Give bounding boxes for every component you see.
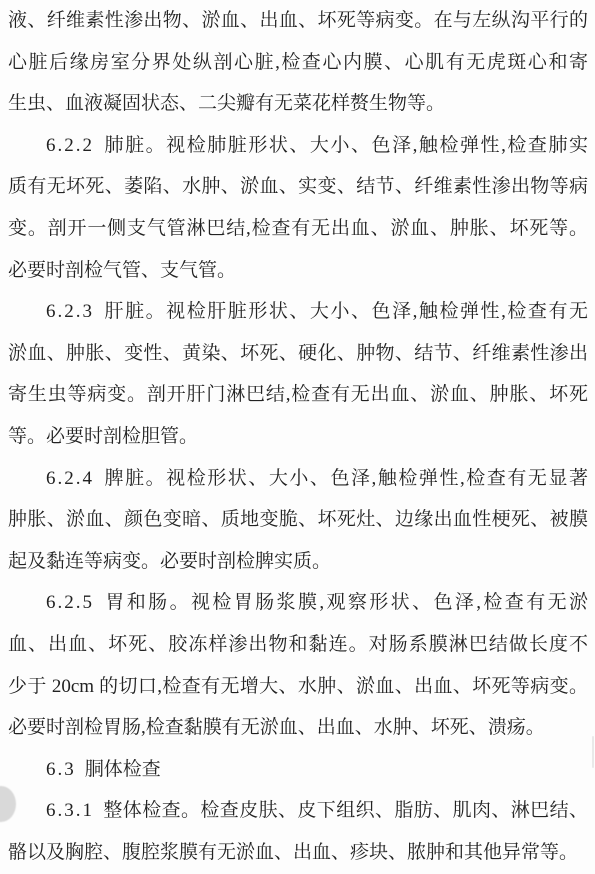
text-line: 寄生虫等病变。剖开肝门淋巴结,检查有无出血、淤血、肿胀、坏死 [8,374,588,416]
line-text: 胃和肠。视检胃肠浆膜,观察形状、色泽,检查有无淤 [103,592,588,613]
line-text: 必要时剖检气管、支气管。 [8,260,236,281]
document-page: 液、纤维素性渗出物、淤血、出血、坏死等病变。在与左纵沟平行的 心脏后缘房室分界处… [0,0,595,874]
text-line: 6.3.1整体检查。检查皮肤、皮下组织、脂肪、肌肉、淋巴结、骨 [8,790,588,832]
section-6-2-3: 6.2.3肝脏。视检肝脏形状、大小、色泽,触检弹性,检查有无 淤血、肿胀、变性、… [8,291,588,457]
section-6-2-2: 6.2.2肺脏。视检肺脏形状、大小、色泽,触检弹性,检查肺实 质有无坏死、萎陷、… [8,125,588,291]
line-text: 生虫、血液凝固状态、二尖瓣有无菜花样赘生物等。 [8,93,445,114]
section-number: 6.3 [46,759,76,780]
line-text: 起及黏连等病变。必要时剖检脾实质。 [8,551,331,572]
text-line: 液、纤维素性渗出物、淤血、出血、坏死等病变。在与左纵沟平行的 [8,0,588,42]
text-line: 少于 20cm 的切口,检查有无增大、水肿、淤血、出血、坏死等病变。 [8,666,588,708]
text-line: 质有无坏死、萎陷、水肿、淤血、实变、结节、纤维素性渗出物等病 [8,166,588,208]
line-text: 肺脏。视检肺脏形状、大小、色泽,触检弹性,检查肺实 [103,135,588,156]
line-text: 整体检查。检查皮肤、皮下组织、脂肪、肌肉、淋巴结、骨 [46,800,588,832]
text-line: 6.2.2肺脏。视检肺脏形状、大小、色泽,触检弹性,检查肺实 [8,125,588,167]
text-line: 6.2.5胃和肠。视检胃肠浆膜,观察形状、色泽,检查有无淤 [8,582,588,624]
text-line: 6.2.4脾脏。视检形状、大小、色泽,触检弹性,检查有无显著 [8,458,588,500]
line-text: 少于 20cm 的切口,检查有无增大、水肿、淤血、出血、坏死等病变。 [8,676,588,697]
section-6-2-5: 6.2.5胃和肠。视检胃肠浆膜,观察形状、色泽,检查有无淤 血、出血、坏死、胶冻… [8,582,588,748]
line-text: 淤血、肿胀、变性、黄染、坏死、硬化、肿物、结节、纤维素性渗出物、 [8,343,588,375]
line-text: 胴体检查 [85,759,161,780]
line-text: 骼以及胸腔、腹腔浆膜有无淤血、出血、疹块、脓肿和其他异常等。 [8,842,578,863]
scan-artifact-right-edge [592,736,594,768]
text-line: 心脏后缘房室分界处纵剖心脏,检查心内膜、心肌有无虎斑心和寄 [8,42,588,84]
text-line: 必要时剖检气管、支气管。 [8,250,588,292]
line-text: 脾脏。视检形状、大小、色泽,触检弹性,检查有无显著 [103,468,588,489]
text-line: 6.3胴体检查 [8,749,588,791]
text-line: 6.2.3肝脏。视检肝脏形状、大小、色泽,触检弹性,检查有无 [8,291,588,333]
line-text: 肝脏。视检肝脏形状、大小、色泽,触检弹性,检查有无 [103,301,588,322]
line-text: 肿胀、淤血、颜色变暗、质地变脆、坏死灶、边缘出血性梗死、被膜隆 [8,509,588,541]
section-number: 6.2.3 [46,301,94,322]
text-line: 骼以及胸腔、腹腔浆膜有无淤血、出血、疹块、脓肿和其他异常等。 [8,832,588,874]
text-line: 生虫、血液凝固状态、二尖瓣有无菜花样赘生物等。 [8,83,588,125]
line-text: 等。必要时剖检胆管。 [8,426,198,447]
text-line: 淤血、肿胀、变性、黄染、坏死、硬化、肿物、结节、纤维素性渗出物、 [8,333,588,375]
text-line: 必要时剖检胃肠,检查黏膜有无淤血、出血、水肿、坏死、溃疡。 [8,707,588,749]
text-line: 肿胀、淤血、颜色变暗、质地变脆、坏死灶、边缘出血性梗死、被膜隆 [8,499,588,541]
section-6-3-1: 6.3.1整体检查。检查皮肤、皮下组织、脂肪、肌肉、淋巴结、骨 骼以及胸腔、腹腔… [8,790,588,873]
section-number: 6.3.1 [46,800,94,821]
line-text: 心脏后缘房室分界处纵剖心脏,检查心内膜、心肌有无虎斑心和寄 [8,52,588,73]
line-text: 寄生虫等病变。剖开肝门淋巴结,检查有无出血、淤血、肿胀、坏死 [8,384,588,405]
section-6-3-heading: 6.3胴体检查 [8,749,588,791]
line-text: 必要时剖检胃肠,检查黏膜有无淤血、出血、水肿、坏死、溃疡。 [8,717,545,738]
section-number: 6.2.5 [46,592,94,613]
line-text: 血、出血、坏死、胶冻样渗出物和黏连。对肠系膜淋巴结做长度不 [8,634,588,655]
text-line: 起及黏连等病变。必要时剖检脾实质。 [8,541,588,583]
section-6-2-4: 6.2.4脾脏。视检形状、大小、色泽,触检弹性,检查有无显著 肿胀、淤血、颜色变… [8,458,588,583]
section-number: 6.2.2 [46,135,94,156]
text-line: 血、出血、坏死、胶冻样渗出物和黏连。对肠系膜淋巴结做长度不 [8,624,588,666]
line-text: 液、纤维素性渗出物、淤血、出血、坏死等病变。在与左纵沟平行的 [8,10,588,31]
section-continuation: 液、纤维素性渗出物、淤血、出血、坏死等病变。在与左纵沟平行的 心脏后缘房室分界处… [8,0,588,125]
text-line: 变。剖开一侧支气管淋巴结,检查有无出血、淤血、肿胀、坏死等。 [8,208,588,250]
text-line: 等。必要时剖检胆管。 [8,416,588,458]
line-text: 质有无坏死、萎陷、水肿、淤血、实变、结节、纤维素性渗出物等病 [8,176,588,197]
section-number: 6.2.4 [46,468,94,489]
line-text: 变。剖开一侧支气管淋巴结,检查有无出血、淤血、肿胀、坏死等。 [8,218,588,239]
